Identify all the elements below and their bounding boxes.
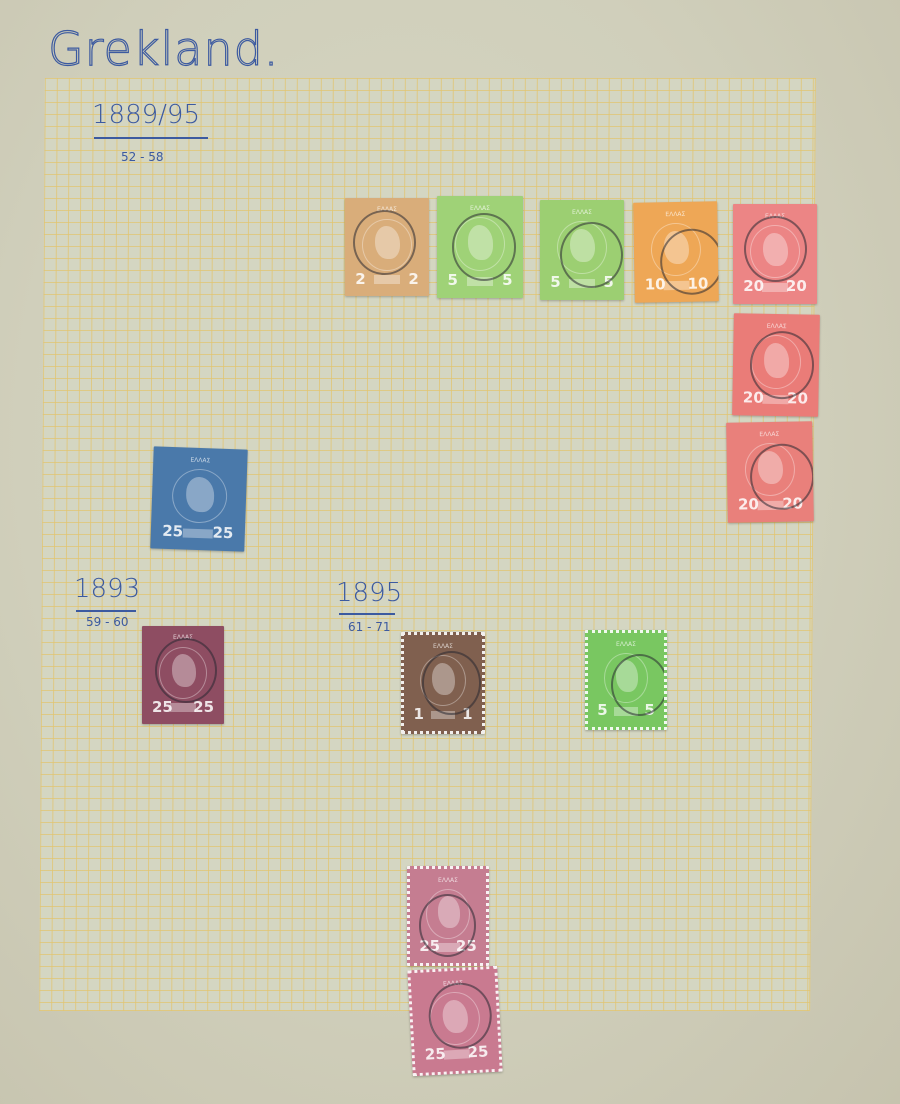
- denomination-right: 25: [212, 526, 233, 542]
- postmark-icon: [560, 222, 623, 288]
- denomination-left: 2: [355, 272, 365, 287]
- hermes-head-icon: [186, 477, 215, 512]
- stamp-label: [762, 283, 788, 292]
- denomination-left: 20: [743, 391, 764, 406]
- denomination-left: 20: [738, 498, 759, 513]
- stamp-header-text: ΕΛΛΑΣ: [661, 211, 690, 219]
- stamp-label: [183, 528, 212, 538]
- denomination-left: 5: [447, 273, 457, 288]
- section-year-1889-95: 1889/95: [92, 100, 200, 130]
- denomination-left: 10: [645, 278, 666, 293]
- stamp: ΕΛΛΑΣ 25 25: [142, 626, 224, 724]
- denomination-right: 5: [502, 273, 512, 288]
- stamp: ΕΛΛΑΣ 2 2: [345, 198, 429, 296]
- postmark-icon: [744, 216, 807, 282]
- stamp: ΕΛΛΑΣ 20 20: [732, 313, 820, 416]
- stamp: ΕΛΛΑΣ 20 20: [726, 421, 814, 522]
- denomination-left: 25: [162, 524, 183, 540]
- page-title: Grekland.: [48, 22, 279, 76]
- postmark-icon: [155, 638, 216, 703]
- stamp-header-text: ΕΛΛΑΣ: [568, 210, 597, 218]
- stamp-header-text: ΕΛΛΑΣ: [435, 878, 461, 885]
- stamp-header-text: ΕΛΛΑΣ: [754, 431, 784, 439]
- stamp: ΕΛΛΑΣ 10 10: [633, 201, 719, 302]
- stamp: ΕΛΛΑΣ 25 25: [150, 446, 248, 551]
- section-year-1895: 1895: [336, 578, 402, 608]
- stamp-header-text: ΕΛΛΑΣ: [184, 457, 217, 466]
- section-range-59-60: 59 - 60: [86, 615, 129, 629]
- postmark-icon: [452, 213, 516, 280]
- denomination-left: 1: [413, 707, 423, 722]
- denomination-left: 25: [152, 700, 173, 715]
- denomination-left: 5: [597, 703, 607, 718]
- stamp-header-text: ΕΛΛΑΣ: [613, 642, 639, 649]
- underline: [76, 610, 136, 612]
- denomination-right: 25: [193, 700, 214, 715]
- underline: [339, 613, 395, 615]
- album-page: Grekland. 1889/95 52 - 58 1893 59 - 60 1…: [0, 0, 900, 1104]
- denomination-left: 25: [425, 1047, 447, 1063]
- stamp: ΕΛΛΑΣ 5 5: [540, 200, 624, 300]
- stamp: ΕΛΛΑΣ 1 1: [401, 632, 485, 734]
- stamp-label: [170, 703, 195, 712]
- postmark-icon: [419, 894, 476, 956]
- stamp-frame: ΕΛΛΑΣ 25 25: [157, 453, 241, 546]
- denomination-left: 20: [743, 279, 764, 294]
- stamp: ΕΛΛΑΣ 20 20: [733, 204, 817, 304]
- postmark-icon: [750, 443, 814, 510]
- section-year-1893: 1893: [74, 574, 140, 604]
- postmark-icon: [422, 651, 481, 715]
- stamp: ΕΛΛΑΣ 5 5: [585, 630, 667, 730]
- stamp: ΕΛΛΑΣ 25 25: [407, 866, 489, 966]
- denomination-right: 20: [786, 279, 807, 294]
- section-range-61-71: 61 - 71: [348, 620, 391, 634]
- postmark-icon: [611, 654, 667, 716]
- underline: [94, 137, 208, 139]
- denomination-right: 25: [467, 1045, 489, 1061]
- section-range-52-58: 52 - 58: [121, 150, 164, 164]
- postmark-icon: [353, 210, 416, 275]
- stamp: ΕΛΛΑΣ 25 25: [407, 966, 502, 1077]
- denomination-right: 2: [408, 272, 418, 287]
- stamp-label: [444, 1049, 470, 1059]
- stamp: ΕΛΛΑΣ 5 5: [437, 196, 523, 298]
- stamp-label: [374, 275, 400, 284]
- denomination-left: 5: [550, 275, 560, 290]
